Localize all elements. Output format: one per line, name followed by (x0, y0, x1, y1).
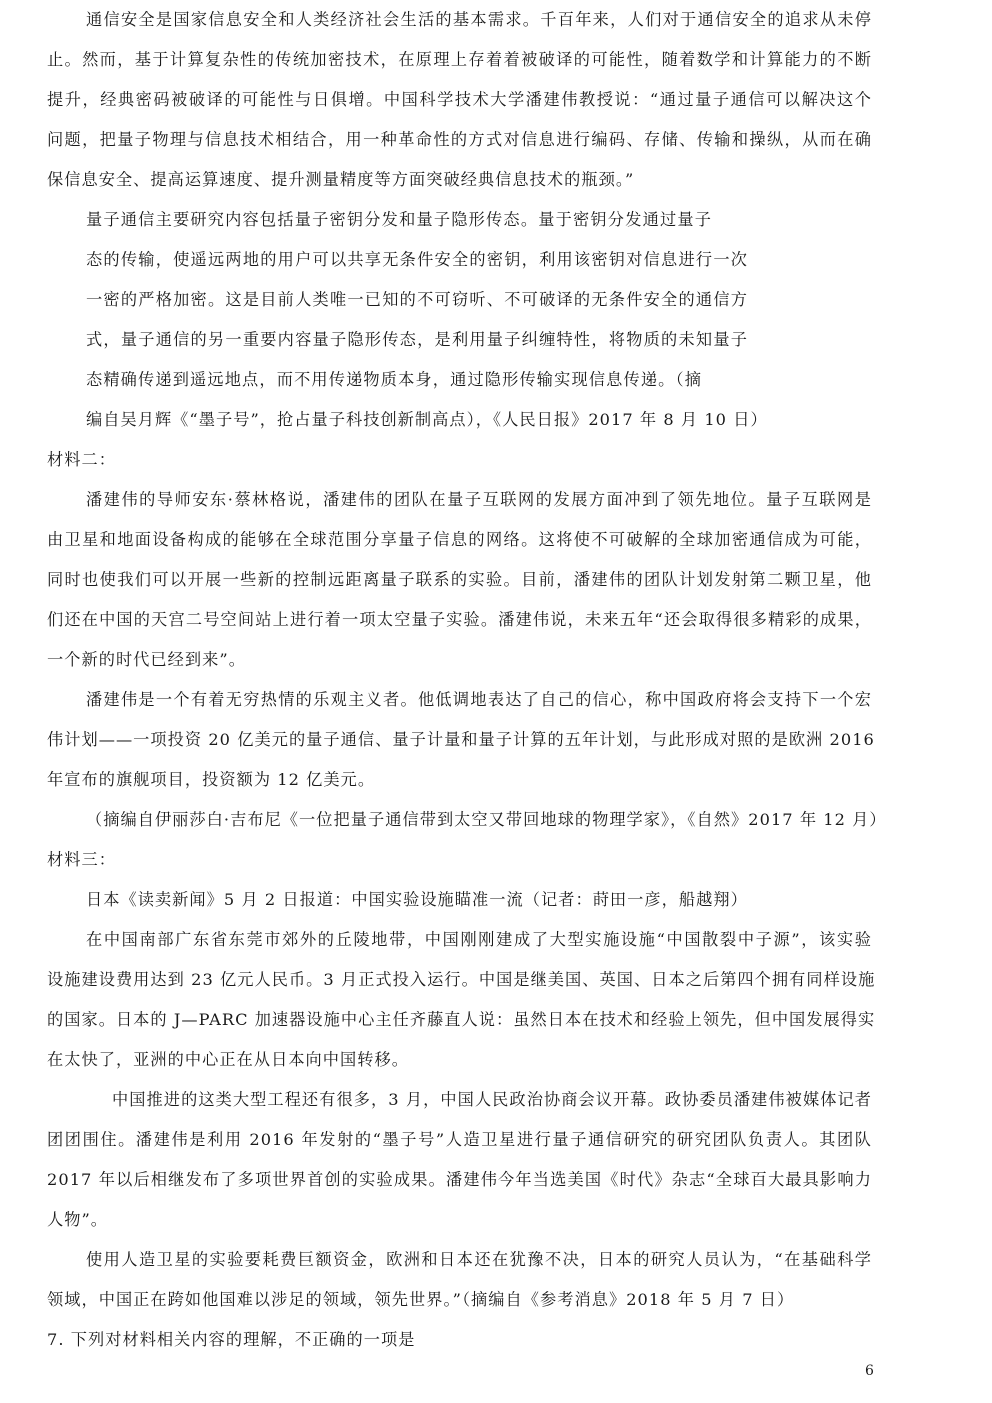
page-number: 6 (865, 1362, 874, 1380)
paragraph-line: 态精确传递到遥远地点，而不用传递物质本身，通过隐形传输实现信息传递。（摘 (86, 369, 702, 391)
paragraph-line: 止。然而，基于计算复杂性的传统加密技术，在原理上存着着被破译的可能性，随着数学和… (47, 49, 872, 71)
paragraph-line: 在中国南部广东省东莞市郊外的丘陵地带，中国刚刚建成了大型实施设施“中国散裂中子源… (86, 929, 872, 951)
paragraph-line: 年宣布的旗舰项目，投资额为 12 亿美元。 (47, 769, 375, 791)
question-prompt: 7. 下列对材料相关内容的理解，不正确的一项是 (47, 1329, 416, 1351)
byline: 日本《读卖新闻》5 月 2 日报道：中国实验设施瞄准一流（记者：莳田一彦，船越翔… (86, 889, 748, 911)
source-citation: 编自吴月辉《“墨子号”，抢占量子科技创新制高点），《人民日报》2017 年 8 … (86, 409, 768, 431)
paragraph-line: 伟计划——一项投资 20 亿美元的量子通信、量子计量和量子计算的五年计划，与此形… (47, 729, 867, 751)
paragraph-line: 设施建设费用达到 23 亿元人民币。3 月正式投入运行。中国是继美国、英国、日本… (47, 969, 872, 991)
paragraph-line: 团团围住。潘建伟是利用 2016 年发射的“墨子号”人造卫星进行量子通信研究的研… (47, 1129, 872, 1151)
section-heading: 材料二： (47, 449, 116, 471)
paragraph-line: 领域，中国正在跨如他国难以涉足的领域，领先世界。”（摘编自《参考消息》2018 … (47, 1289, 794, 1311)
paragraph-line: 保信息安全、提高运算速度、提升测量精度等方面突破经典信息技术的瓶颈。” (47, 169, 634, 191)
paragraph-line: 问题，把量子物理与信息技术相结合，用一种革命性的方式对信息进行编码、存储、传输和… (47, 129, 872, 151)
paragraph-line: 的国家。日本的 J—PARC 加速器设施中心主任齐藤直人说：虽然日本在技术和经验… (47, 1009, 872, 1031)
paragraph-line: 通信安全是国家信息安全和人类经济社会生活的基本需求。千百年来，人们对于通信安全的… (86, 9, 872, 31)
document-page: 通信安全是国家信息安全和人类经济社会生活的基本需求。千百年来，人们对于通信安全的… (0, 0, 992, 1403)
paragraph-line: 量子通信主要研究内容包括量子密钥分发和量子隐形传态。量于密钥分发通过量子 (86, 209, 712, 231)
paragraph-line: 式，量子通信的另一重要内容量子隐形传态，是利用量子纠缠特性，将物质的未知量子 (86, 329, 748, 351)
paragraph-line: 由卫星和地面设备构成的能够在全球范围分享量子信息的网络。这将使不可破解的全球加密… (47, 529, 872, 551)
paragraph-line: 提升，经典密码被破译的可能性与日俱增。中国科学技术大学潘建伟教授说：“通过量子通… (47, 89, 872, 111)
paragraph-line: 同时也使我们可以开展一些新的控制远距离量子联系的实验。目前，潘建伟的团队计划发射… (47, 569, 872, 591)
paragraph-line: 2017 年以后相继发布了多项世界首创的实验成果。潘建伟今年当选美国《时代》杂志… (47, 1169, 872, 1191)
paragraph-line: 一密的严格加密。这是目前人类唯一已知的不可窃听、不可破译的无条件安全的通信方 (86, 289, 748, 311)
paragraph-line: 潘建伟的导师安东·蔡林格说，潘建伟的团队在量子互联网的发展方面冲到了领先地位。量… (86, 489, 872, 511)
paragraph-line: 中国推进的这类大型工程还有很多，3 月，中国人民政治协商会议开幕。政协委员潘建伟… (112, 1089, 872, 1111)
paragraph-line: 一个新的时代已经到来”。 (47, 649, 246, 671)
paragraph-line: 潘建伟是一个有着无穷热情的乐观主义者。他低调地表达了自己的信心，称中国政府将会支… (86, 689, 872, 711)
paragraph-line: 态的传输，使遥远两地的用户可以共享无条件安全的密钥，利用该密钥对信息进行一次 (86, 249, 748, 271)
paragraph-line: 使用人造卫星的实验要耗费巨额资金，欧洲和日本还在犹豫不决，日本的研究人员认为，“… (86, 1249, 872, 1271)
paragraph-line: 在太快了，亚洲的中心正在从日本向中国转移。 (47, 1049, 409, 1071)
section-heading: 材料三： (47, 849, 116, 871)
paragraph-line: 们还在中国的天宫二号空间站上进行着一项太空量子实验。潘建伟说，未来五年“还会取得… (47, 609, 872, 631)
source-citation: （摘编自伊丽莎白·吉布尼《一位把量子通信带到太空又带回地球的物理学家》，《自然》… (86, 809, 872, 831)
paragraph-line: 人物”。 (47, 1209, 108, 1231)
